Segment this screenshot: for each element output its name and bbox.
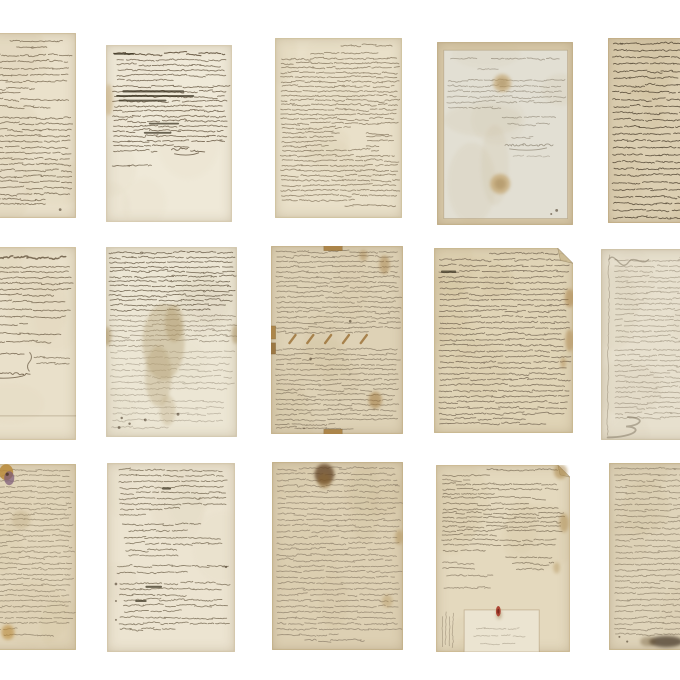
manuscript-page-r3c2-artwork <box>107 463 235 652</box>
manuscript-page-r2c2-artwork <box>106 247 237 437</box>
manuscript-page-r2c4 <box>434 248 573 433</box>
manuscript-page-r1c2-artwork <box>106 45 232 222</box>
manuscript-page-r2c5-artwork <box>601 249 680 440</box>
manuscript-page-r3c3-artwork <box>272 462 403 650</box>
manuscript-page-r2c3-artwork <box>271 246 403 434</box>
manuscript-page-r2c1-artwork <box>0 247 76 440</box>
manuscript-page-r2c3 <box>271 246 403 434</box>
manuscript-page-r1c3 <box>275 38 402 218</box>
manuscript-page-r1c3-artwork <box>275 38 402 218</box>
manuscript-page-r2c5 <box>601 249 680 440</box>
manuscript-page-r1c5-artwork <box>608 38 680 223</box>
manuscript-page-r3c4-artwork <box>436 465 570 652</box>
manuscript-page-r2c4-artwork <box>434 248 573 433</box>
manuscript-page-r3c5 <box>609 463 680 650</box>
manuscript-page-r3c1 <box>0 464 76 650</box>
manuscript-page-r1c4-artwork <box>437 42 573 225</box>
manuscript-page-r2c2 <box>106 247 237 437</box>
manuscript-page-r1c1-artwork <box>0 33 76 218</box>
manuscript-page-r1c2 <box>106 45 232 222</box>
manuscript-page-r3c5-artwork <box>609 463 680 650</box>
manuscript-page-r1c1 <box>0 33 76 218</box>
manuscript-page-r3c2 <box>107 463 235 652</box>
photo-canvas <box>0 0 680 680</box>
manuscript-page-r2c1 <box>0 247 76 440</box>
manuscript-page-r3c1-artwork <box>0 464 76 650</box>
manuscript-page-r3c3 <box>272 462 403 650</box>
manuscript-page-r3c4 <box>436 465 570 652</box>
manuscript-page-r1c4 <box>437 42 573 225</box>
manuscript-page-r1c5 <box>608 38 680 223</box>
